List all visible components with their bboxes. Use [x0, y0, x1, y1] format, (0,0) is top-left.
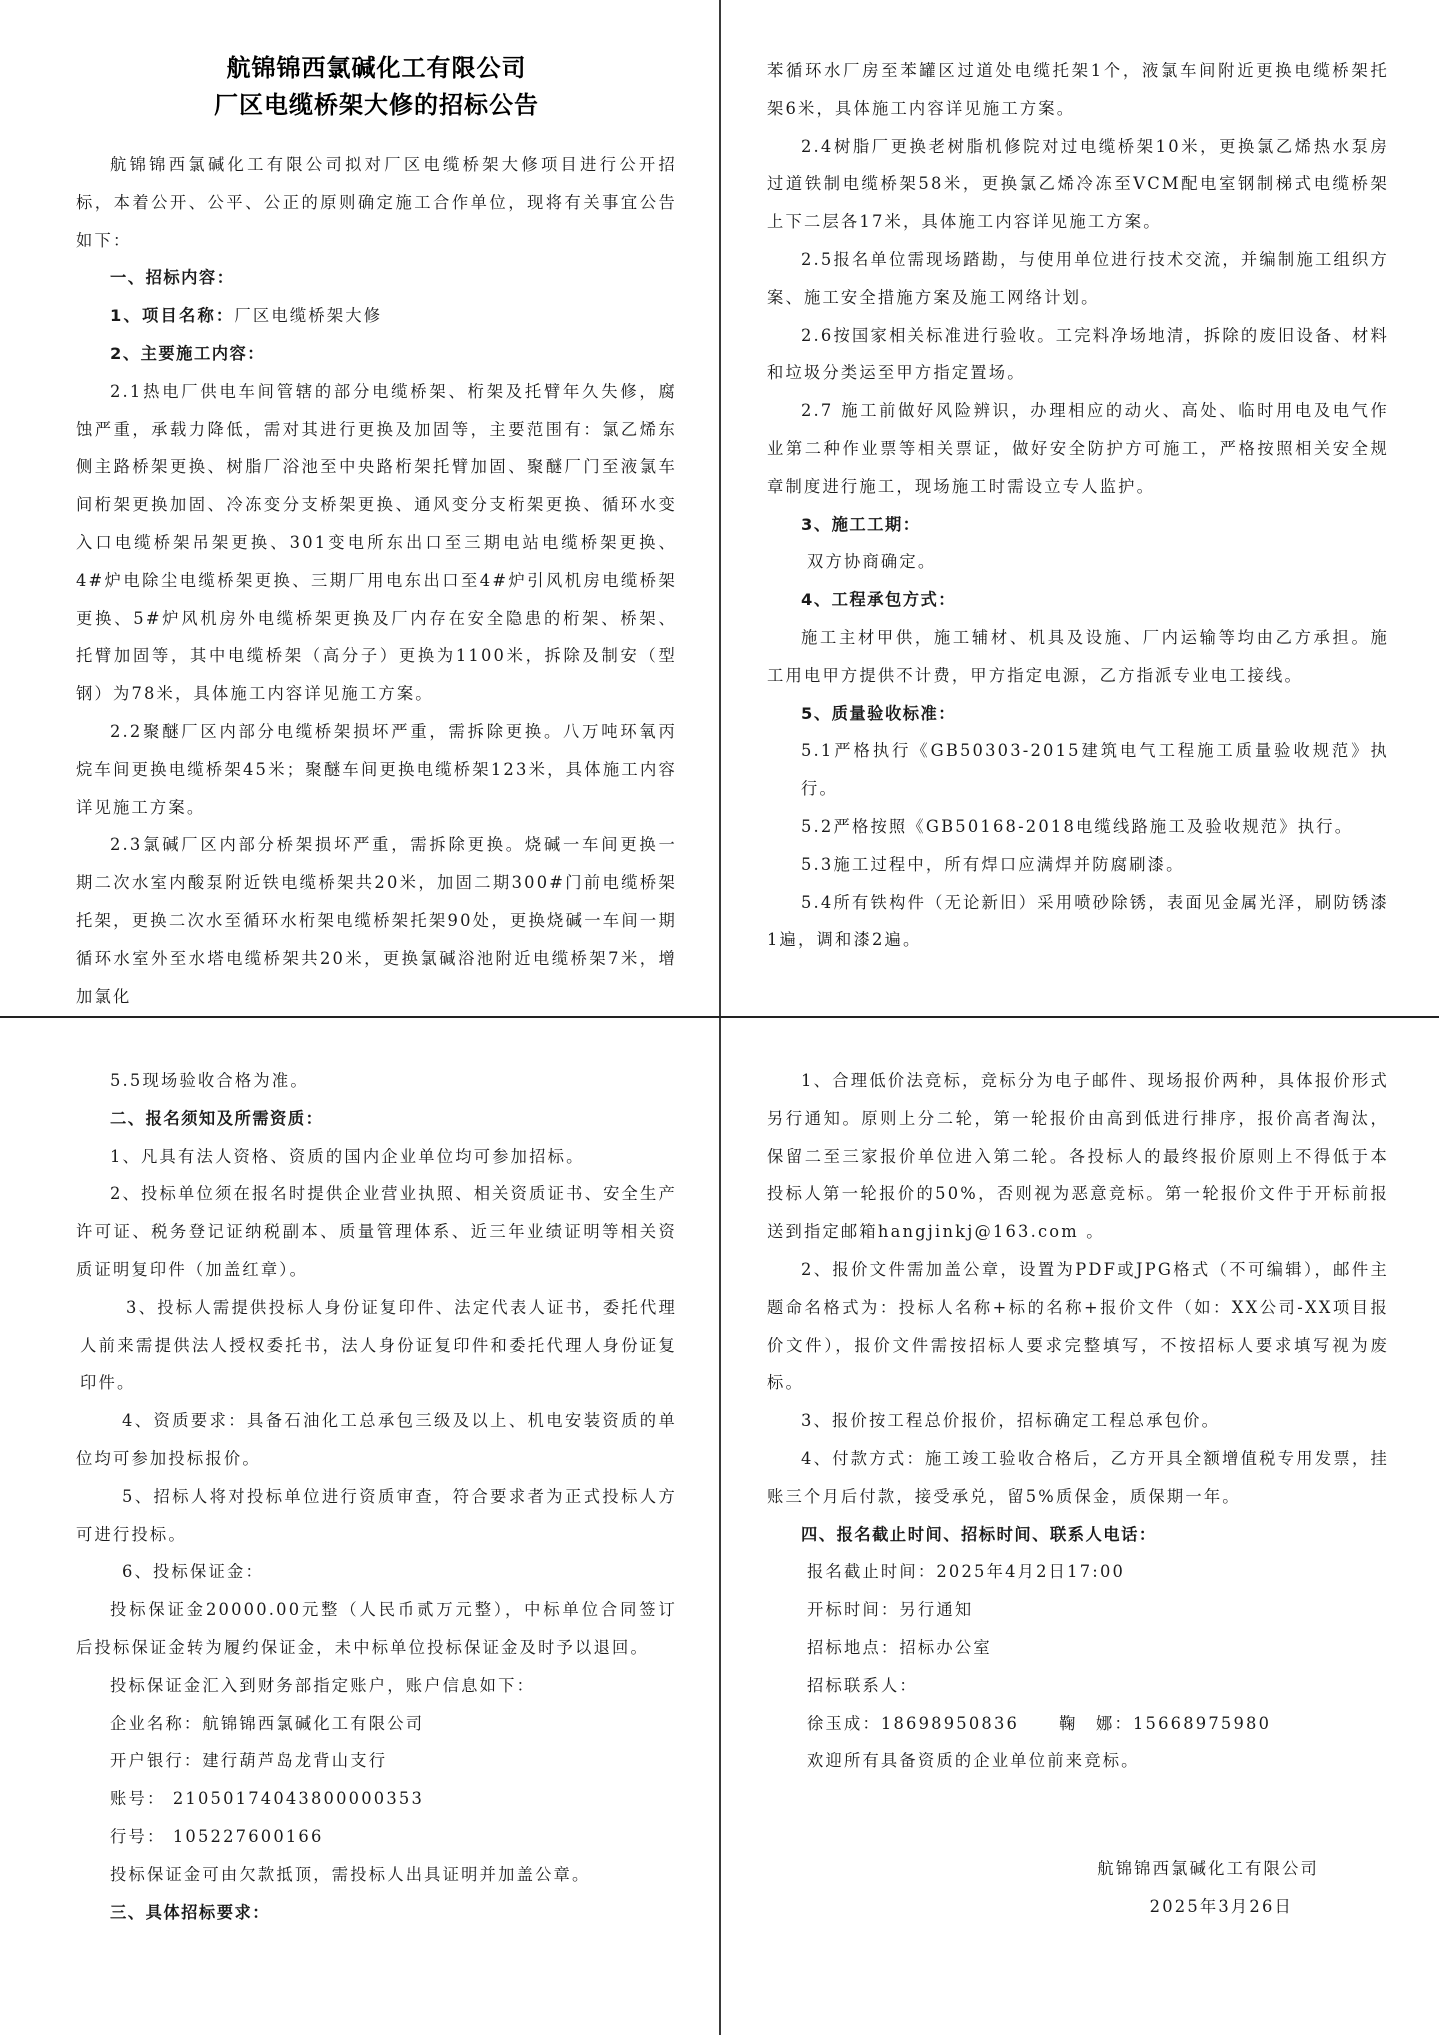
company-name-label: 企业名称： [110, 1714, 202, 1733]
page-3: 5.5现场验收合格为准。 二、报名须知及所需资质： 1、凡具有法人资格、资质的国… [0, 1018, 719, 2035]
contact-label: 招标联系人： [767, 1667, 1389, 1705]
bank-line: 开户银行：建行葫芦岛龙背山支行 [76, 1742, 677, 1780]
requirement-4: 4、资质要求：具备石油化工总承包三级及以上、机电安装资质的单位均可参加投标报价。 [76, 1402, 677, 1478]
bank-code-value: 105227600166 [173, 1827, 324, 1846]
deposit-text: 投标保证金20000.00元整（人民币贰万元整），中标单位合同签订后投标保证金转… [76, 1591, 677, 1667]
project-name-line: 1、项目名称：厂区电缆桥架大修 [76, 297, 677, 335]
clause-2-5: 2.5报名单位需现场踏勘，与使用单位进行技术交流，并编制施工组织方案、施工安全措… [767, 241, 1389, 317]
requirement-5: 5、招标人将对投标单位进行资质审查，符合要求者为正式投标人方可进行投标。 [76, 1478, 677, 1554]
title-subject: 厂区电缆桥架大修的招标公告 [76, 87, 677, 124]
contact-phones: 徐玉成：18698950836鞠 娜：15668975980 [767, 1705, 1389, 1743]
clause-5-5: 5.5现场验收合格为准。 [76, 1062, 677, 1100]
requirement-1: 1、凡具有法人资格、资质的国内企业单位均可参加招标。 [76, 1138, 677, 1176]
bank-code-line: 行号： 105227600166 [76, 1818, 677, 1856]
clause-2-1: 2.1热电厂供电车间管辖的部分电缆桥架、桁架及托臂年久失修，腐蚀严重，承载力降低… [76, 373, 677, 713]
company-name-line: 企业名称：航锦锦西氯碱化工有限公司 [76, 1705, 677, 1743]
schedule-heading: 3、施工工期： [767, 506, 1389, 544]
clause-2-6: 2.6按国家相关标准进行验收。工完料净场地清，拆除的废旧设备、材料和垃圾分类运至… [767, 317, 1389, 393]
section-3-heading: 三、具体招标要求： [76, 1894, 677, 1932]
project-name-value: 厂区电缆桥架大修 [234, 306, 382, 325]
contract-mode-value: 施工主材甲供，施工辅材、机具及设施、厂内运输等均由乙方承担。施工用电甲方提供不计… [767, 619, 1389, 695]
project-name-label: 1、项目名称： [110, 306, 234, 325]
bidding-rule-1: 1、合理低价法竞标，竞标分为电子邮件、现场报价两种，具体报价形式另行通知。原则上… [767, 1062, 1389, 1251]
company-name-value: 航锦锦西氯碱化工有限公司 [202, 1714, 424, 1733]
clause-5-3: 5.3施工过程中，所有焊口应满焊并防腐刷漆。 [767, 846, 1389, 884]
account-intro: 投标保证金汇入到财务部指定账户，账户信息如下： [76, 1667, 677, 1705]
bid-location: 招标地点：招标办公室 [767, 1629, 1389, 1667]
clause-2-3: 2.3氯碱厂区内部分桥架损坏严重，需拆除更换。烧碱一车间更换一期二次水室内酸泵附… [76, 826, 677, 1015]
signature-company: 航锦锦西氯碱化工有限公司 [767, 1850, 1389, 1888]
clause-2-7: 2.7 施工前做好风险辨识，办理相应的动火、高处、临时用电及电气作业第二种作业票… [767, 392, 1389, 505]
clause-5-1: 5.1严格执行《GB50303-2015建筑电气工程施工质量验收规范》执行。 [767, 732, 1389, 808]
account-number-line: 账号： 21050174043800000353 [76, 1780, 677, 1818]
deposit-offset-note: 投标保证金可由欠款抵顶，需投标人出具证明并加盖公章。 [76, 1856, 677, 1894]
account-number-value: 21050174043800000353 [173, 1789, 424, 1808]
main-work-heading: 2、主要施工内容： [76, 335, 677, 373]
page-1: 航锦锦西氯碱化工有限公司 厂区电缆桥架大修的招标公告 航锦锦西氯碱化工有限公司拟… [0, 0, 719, 1016]
bank-value: 建行葫芦岛龙背山支行 [202, 1751, 387, 1770]
section-4-heading: 四、报名截止时间、招标时间、联系人电话： [767, 1516, 1389, 1554]
page-4: 1、合理低价法竞标，竞标分为电子邮件、现场报价两种，具体报价形式另行通知。原则上… [721, 1018, 1439, 2035]
quality-standard-heading: 5、质量验收标准： [767, 695, 1389, 733]
page-2: 苯循环水厂房至苯罐区过道处电缆托架1个，液氯车间附近更换电缆桥架托架6米，具体施… [721, 0, 1439, 1016]
clause-5-2: 5.2严格按照《GB50168-2018电缆线路施工及验收规范》执行。 [767, 808, 1389, 846]
clause-2-2: 2.2聚醚厂区内部分电缆桥架损坏严重，需拆除更换。八万吨环氧丙烷车间更换电缆桥架… [76, 713, 677, 826]
clause-5-4: 5.4所有铁构件（无论新旧）采用喷砂除锈，表面见金属光泽，刷防锈漆1遍，调和漆2… [767, 884, 1389, 960]
contact-xu-yucheng: 徐玉成：18698950836 [807, 1714, 1019, 1733]
section-2-heading: 二、报名须知及所需资质： [76, 1100, 677, 1138]
signature-date: 2025年3月26日 [767, 1888, 1389, 1926]
registration-deadline: 报名截止时间：2025年4月2日17:00 [767, 1553, 1389, 1591]
contract-mode-heading: 4、工程承包方式： [767, 581, 1389, 619]
bid-opening-time: 开标时间：另行通知 [767, 1591, 1389, 1629]
deposit-heading: 6、投标保证金： [76, 1553, 677, 1591]
section-1-heading: 一、招标内容： [76, 259, 677, 297]
requirement-2: 2、投标单位须在报名时提供企业营业执照、相关资质证书、安全生产许可证、税务登记证… [76, 1175, 677, 1288]
bank-code-label: 行号： [110, 1827, 165, 1846]
bidding-rule-3: 3、报价按工程总价报价，招标确定工程总承包价。 [767, 1402, 1389, 1440]
title-company: 航锦锦西氯碱化工有限公司 [76, 50, 677, 87]
bank-label: 开户银行： [110, 1751, 202, 1770]
requirement-3: 3、投标人需提供投标人身份证复印件、法定代表人证书，委托代理人前来需提供法人授权… [76, 1289, 677, 1402]
clause-2-4: 2.4树脂厂更换老树脂机修院对过电缆桥架10米，更换氯乙烯热水泵房过道铁制电缆桥… [767, 128, 1389, 241]
bidding-rule-2: 2、报价文件需加盖公章，设置为PDF或JPG格式（不可编辑），邮件主题命名格式为… [767, 1251, 1389, 1402]
schedule-value: 双方协商确定。 [767, 543, 1389, 581]
document-title: 航锦锦西氯碱化工有限公司 厂区电缆桥架大修的招标公告 [76, 50, 677, 124]
intro-paragraph: 航锦锦西氯碱化工有限公司拟对厂区电缆桥架大修项目进行公开招标，本着公开、公平、公… [76, 146, 677, 259]
welcome-note: 欢迎所有具备资质的企业单位前来竞标。 [767, 1742, 1389, 1780]
payment-terms: 4、付款方式：施工竣工验收合格后，乙方开具全额增值税专用发票，挂账三个月后付款，… [767, 1440, 1389, 1516]
contact-ju-na: 鞠 娜：15668975980 [1059, 1714, 1271, 1733]
account-number-label: 账号： [110, 1789, 165, 1808]
clause-2-3-continued: 苯循环水厂房至苯罐区过道处电缆托架1个，液氯车间附近更换电缆桥架托架6米，具体施… [767, 52, 1389, 128]
